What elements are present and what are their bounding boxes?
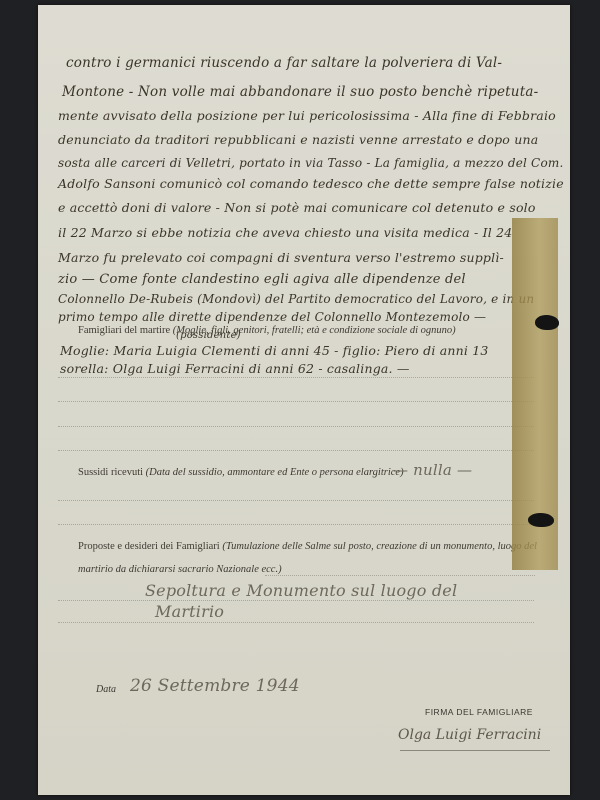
paper-hole: [535, 315, 559, 330]
narrative-line-10: zio — Come fonte clandestino egli agiva …: [58, 272, 466, 287]
ruled-line: [265, 575, 535, 576]
family-annotation: (possidente): [176, 330, 241, 341]
proposals-label-2: martirio da dichiararsi sacrario Naziona…: [78, 564, 282, 575]
narrative-line-5: sosta alle carceri di Velletri, portato …: [58, 156, 563, 170]
signature: Olga Luigi Ferracini: [398, 727, 541, 743]
ruled-line: [58, 377, 534, 378]
paper-hole: [528, 513, 554, 527]
family-line-1: Moglie: Maria Luigia Clementi di anni 45…: [60, 343, 489, 358]
ruled-line: [58, 622, 534, 623]
ruled-line: [58, 426, 534, 427]
ruled-line: [58, 500, 534, 501]
ruled-line: [58, 524, 534, 525]
ruled-line: [58, 401, 534, 402]
narrative-line-6: Adolfo Sansoni comunicò col comando tede…: [58, 176, 564, 191]
narrative-line-12: primo tempo alle dirette dipendenze del …: [58, 310, 486, 324]
family-line-2: sorella: Olga Luigi Ferracini di anni 62…: [60, 361, 410, 376]
family-label: Famigliari del martire (Moglie, figli, g…: [78, 325, 456, 336]
ruled-line: [58, 450, 534, 451]
narrative-line-4: denunciato da traditori repubblicani e n…: [58, 132, 538, 147]
signature-label: FIRMA DEL FAMIGLIARE: [425, 707, 533, 717]
document-page: [38, 5, 570, 795]
narrative-line-7: e accettò doni di valore - Non si potè m…: [58, 200, 536, 215]
narrative-line-9: Marzo fu prelevato coi compagni di svent…: [58, 250, 504, 265]
narrative-line-3: mente avvisato della posizione per lui p…: [58, 108, 556, 123]
proposals-value-line-1: Sepoltura e Monumento sul luogo del: [145, 581, 457, 600]
narrative-line-8: il 22 Marzo si ebbe notizia che aveva ch…: [58, 225, 512, 240]
narrative-line-1: contro i germanici riuscendo a far salta…: [66, 55, 502, 71]
date-label: Data: [96, 684, 116, 695]
date-value: 26 Settembre 1944: [130, 676, 300, 696]
proposals-value-line-2: Martirio: [155, 602, 224, 621]
subsidies-value: — nulla —: [393, 461, 472, 479]
narrative-line-2: Montone - Non volle mai abbandonare il s…: [62, 84, 538, 100]
signature-underline: [400, 750, 550, 751]
narrative-line-11: Colonnello De-Rubeis (Mondovì) del Parti…: [58, 292, 534, 306]
proposals-label-1: Proposte e desideri dei Famigliari (Tumu…: [78, 541, 537, 552]
subsidies-label: Sussidi ricevuti (Data del sussidio, amm…: [78, 467, 404, 478]
ruled-line: [58, 600, 534, 601]
